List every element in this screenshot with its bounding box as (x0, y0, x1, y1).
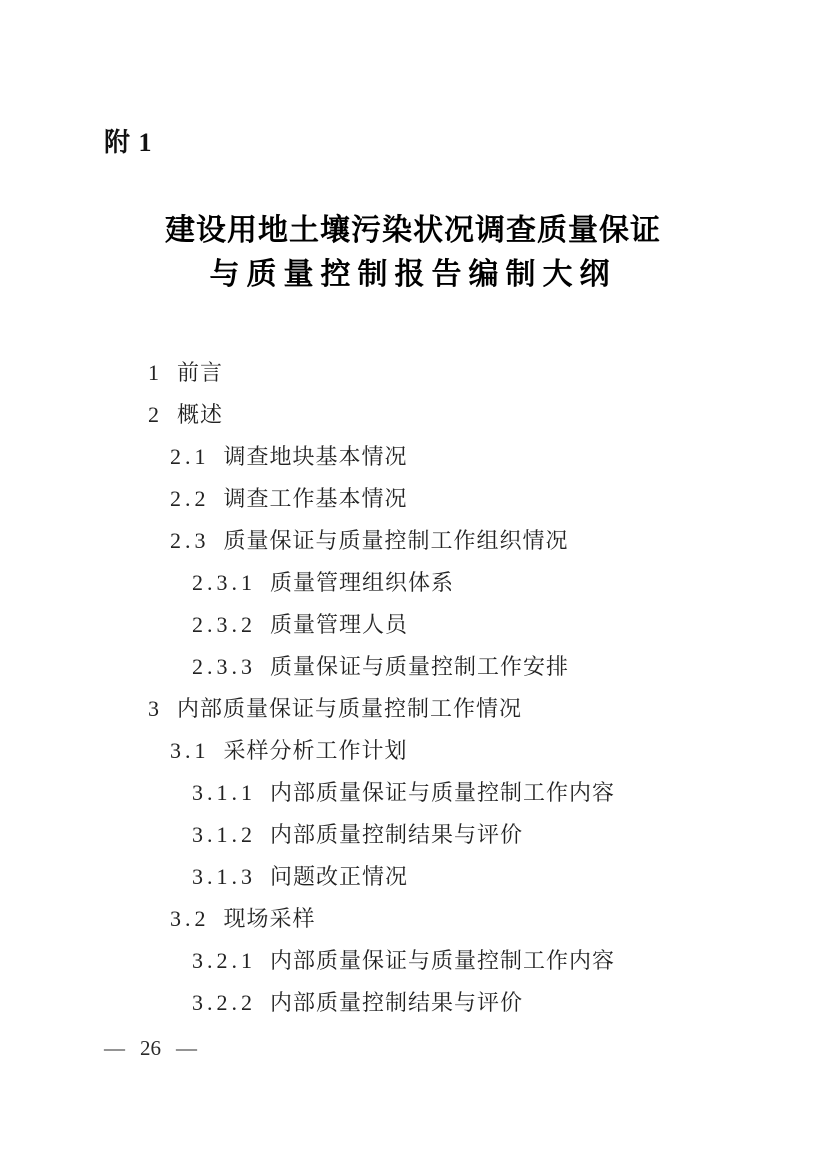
outline-item: 2.3.2 质量管理人员 (0, 604, 826, 646)
outline-item-number: 3.2 (170, 908, 210, 930)
page-footer: — 26 — (104, 1036, 197, 1061)
outline-item: 3.1.2 内部质量控制结果与评价 (0, 814, 826, 856)
outline-item-number: 2.3.3 (192, 656, 256, 678)
outline-item: 3.2.1 内部质量保证与质量控制工作内容 (0, 940, 826, 982)
outline-item: 3.1 采样分析工作计划 (0, 730, 826, 772)
outline-item-label: 内部质量控制结果与评价 (270, 992, 523, 1014)
outline-item: 3.2 现场采样 (0, 898, 826, 940)
outline-item-number: 2.3.1 (192, 572, 256, 594)
outline-item-label: 调查工作基本情况 (224, 488, 408, 510)
outline-item-number: 2.3 (170, 530, 210, 552)
outline-item: 2.3 质量保证与质量控制工作组织情况 (0, 520, 826, 562)
outline-item-number: 2.1 (170, 446, 210, 468)
outline-item-number: 3 (148, 698, 163, 720)
outline-item-label: 前言 (177, 362, 223, 384)
outline-item-number: 3.1.3 (192, 866, 256, 888)
outline-item-label: 调查地块基本情况 (224, 446, 408, 468)
outline-item-label: 内部质量保证与质量控制工作情况 (177, 698, 522, 720)
outline-item-number: 1 (148, 362, 163, 384)
outline-item: 2.2 调查工作基本情况 (0, 478, 826, 520)
outline-item-label: 内部质量控制结果与评价 (270, 824, 523, 846)
outline-item-number: 2.2 (170, 488, 210, 510)
attachment-label: 附 1 (104, 122, 153, 159)
outline-item-label: 质量保证与质量控制工作组织情况 (224, 530, 569, 552)
outline-item: 3.1.1 内部质量保证与质量控制工作内容 (0, 772, 826, 814)
outline-item-number: 3.1.2 (192, 824, 256, 846)
outline-item-label: 采样分析工作计划 (224, 740, 408, 762)
outline-item-label: 概述 (177, 404, 223, 426)
outline-item: 2 概述 (0, 394, 826, 436)
outline-item-number: 3.1 (170, 740, 210, 762)
outline-item: 1 前言 (0, 352, 826, 394)
outline-item: 3.1.3 问题改正情况 (0, 856, 826, 898)
document-title: 建设用地土壤污染状况调查质量保证 与质量控制报告编制大纲 (0, 216, 826, 290)
outline-item: 3 内部质量保证与质量控制工作情况 (0, 688, 826, 730)
footer-dash-left: — (104, 1036, 125, 1061)
outline-item-label: 内部质量保证与质量控制工作内容 (270, 782, 615, 804)
footer-dash-right: — (176, 1036, 197, 1061)
outline-item-number: 3.2.2 (192, 992, 256, 1014)
outline-item-number: 3.1.1 (192, 782, 256, 804)
outline-item-number: 2.3.2 (192, 614, 256, 636)
outline-item-label: 问题改正情况 (270, 866, 408, 888)
outline-item-label: 质量保证与质量控制工作安排 (270, 656, 569, 678)
title-line-2: 与质量控制报告编制大纲 (0, 260, 826, 290)
outline-item: 2.1 调查地块基本情况 (0, 436, 826, 478)
outline-item: 2.3.3 质量保证与质量控制工作安排 (0, 646, 826, 688)
outline-item-label: 现场采样 (224, 908, 316, 930)
outline-item-label: 质量管理人员 (270, 614, 408, 636)
outline-item: 2.3.1 质量管理组织体系 (0, 562, 826, 604)
outline-item-label: 质量管理组织体系 (270, 572, 454, 594)
outline-item: 3.2.2 内部质量控制结果与评价 (0, 982, 826, 1024)
outline-item-number: 3.2.1 (192, 950, 256, 972)
title-line-1: 建设用地土壤污染状况调查质量保证 (0, 216, 826, 246)
document-page: 附 1 建设用地土壤污染状况调查质量保证 与质量控制报告编制大纲 1 前言 2 … (0, 0, 826, 1169)
outline-item-number: 2 (148, 404, 163, 426)
outline-list: 1 前言 2 概述 2.1 调查地块基本情况 2.2 调查工作基本情况 2.3 … (0, 352, 826, 1024)
outline-item-label: 内部质量保证与质量控制工作内容 (270, 950, 615, 972)
page-number: 26 (140, 1036, 161, 1061)
